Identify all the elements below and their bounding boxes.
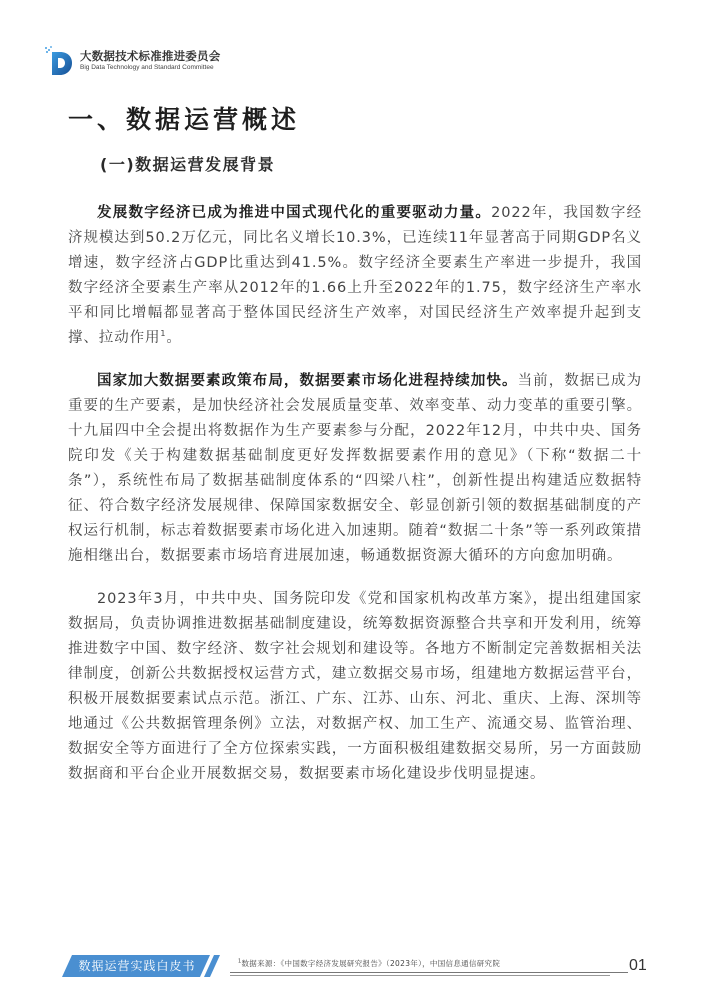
whitepaper-banner: 数据运营实践白皮书 — [62, 955, 219, 977]
paragraph-body: 当前，数据已成为重要的生产要素，是加快经济社会发展质量变革、效率变革、动力变革的… — [68, 373, 642, 564]
page-footer: 数据运营实践白皮书 1数据来源：《中国数字经济发展研究报告》（2023年），中国… — [0, 950, 710, 990]
footer-divider-secondary — [230, 975, 610, 976]
big-data-d-logo-icon — [44, 44, 74, 76]
footnote-text: 数据来源：《中国数字经济发展研究报告》（2023年），中国信息通信研究院 — [241, 959, 500, 968]
paragraph-lead: 国家加大数据要素政策布局，数据要素市场化进程持续加快。 — [97, 373, 518, 389]
footer-divider — [230, 972, 628, 973]
paragraph-body: 2022年，我国数字经济规模达到50.2万亿元，同比名义增长10.3%，已连续1… — [68, 205, 642, 346]
section-title: 一、数据运营概述 — [68, 100, 300, 136]
paragraph-1: 发展数字经济已成为推进中国式现代化的重要驱动力量。2022年，我国数字经济规模达… — [68, 201, 642, 351]
paragraph-3: 2023年3月，中共中央、国务院印发《党和国家机构改革方案》，提出组建国家数据局… — [68, 587, 642, 787]
org-name-en: Big Data Technology and Standard Committ… — [80, 63, 220, 72]
paragraph-2: 国家加大数据要素政策布局，数据要素市场化进程持续加快。当前，数据已成为重要的生产… — [68, 369, 642, 569]
body-content: 发展数字经济已成为推进中国式现代化的重要驱动力量。2022年，我国数字经济规模达… — [68, 201, 642, 805]
paragraph-body: 2023年3月，中共中央、国务院印发《党和国家机构改革方案》，提出组建国家数据局… — [68, 591, 642, 782]
paragraph-tail: 。 — [166, 330, 181, 346]
paragraph-lead: 发展数字经济已成为推进中国式现代化的重要驱动力量。 — [97, 205, 491, 221]
banner-label: 数据运营实践白皮书 — [62, 955, 212, 977]
org-name-cn: 大数据技术标准推进委员会 — [80, 49, 220, 63]
footnote: 1数据来源：《中国数字经济发展研究报告》（2023年），中国信息通信研究院 — [238, 958, 500, 969]
page-number: 01 — [629, 957, 647, 975]
section-subtitle: (一)数据运营发展背景 — [100, 152, 275, 175]
document-header: 大数据技术标准推进委员会 Big Data Technology and Sta… — [44, 44, 220, 76]
